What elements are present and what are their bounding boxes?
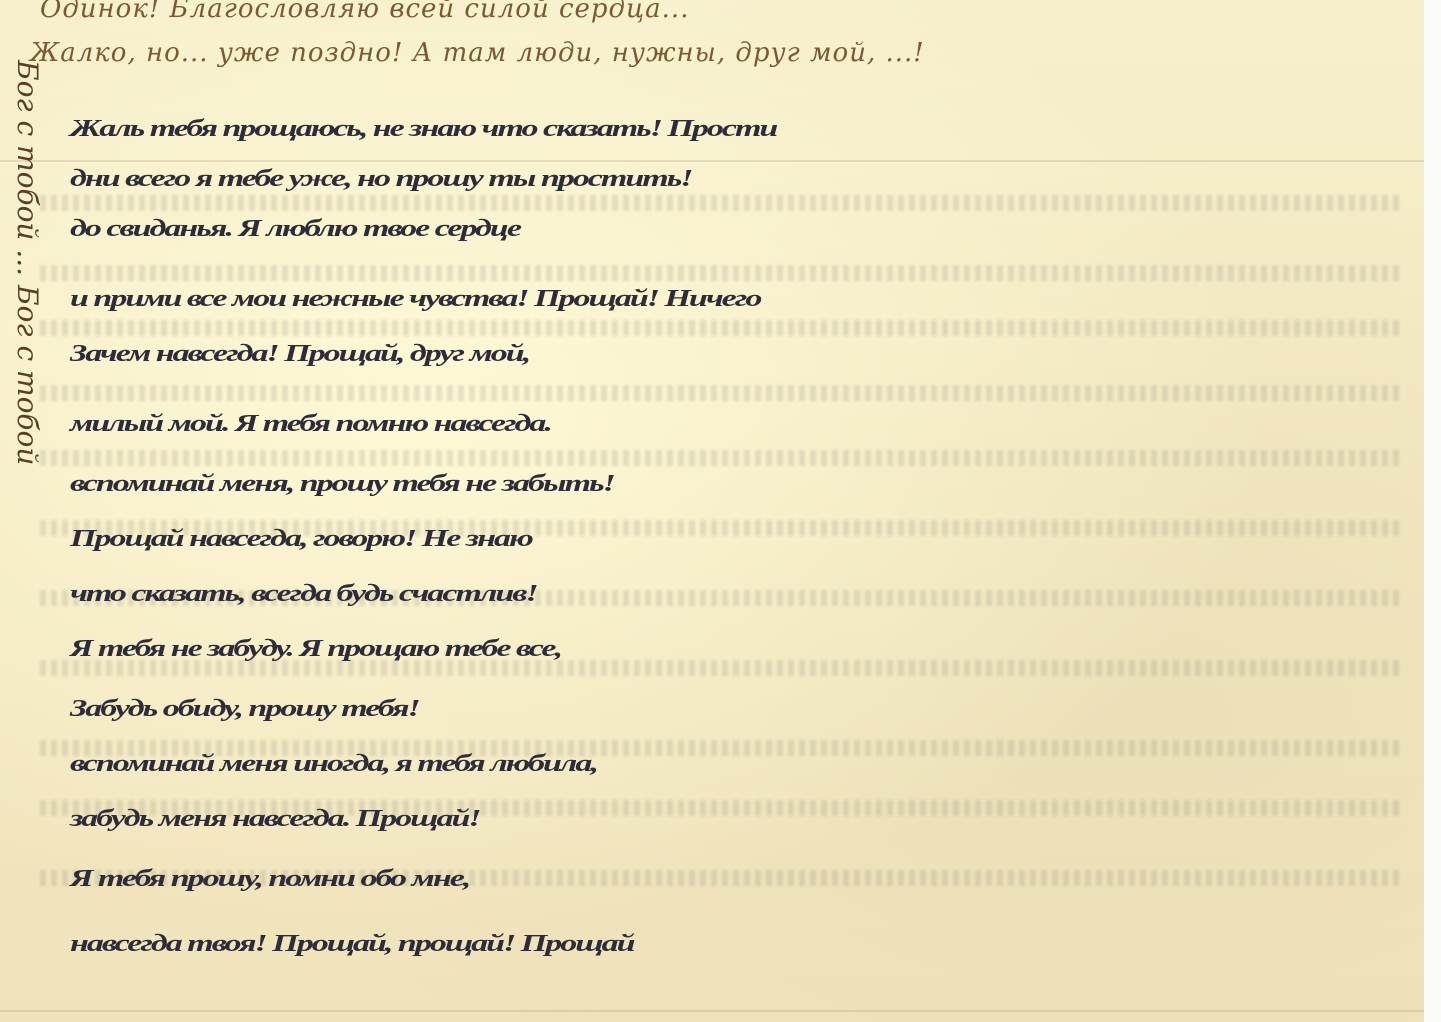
letter-line: и прими все мои нежные чувства! Прощай! … <box>70 286 760 313</box>
letter-line: Зачем навсегда! Прощай, друг мой, <box>70 341 529 368</box>
letter-line-brown: Жалко, но... уже поздно! А там люди, нуж… <box>30 38 925 68</box>
letter-line: до свиданья. Я люблю твое сердце <box>70 216 520 243</box>
letter-line: вспоминай меня иногда, я тебя любила, <box>70 751 597 778</box>
cross-writing-bleed <box>40 385 1404 401</box>
letter-line: что сказать, всегда будь счастлив! <box>70 581 537 608</box>
letter-line: навсегда твоя! Прощай, прощай! Прощай <box>70 931 633 958</box>
letter-line: дни всего я тебе уже, но прошу ты прости… <box>70 166 691 193</box>
cross-writing-bleed <box>40 320 1404 336</box>
scan-edge <box>1424 0 1441 1022</box>
letter-line-brown: Одинок! Благословляю всей силой сердца..… <box>40 0 689 24</box>
cross-writing-bleed <box>40 450 1404 466</box>
margin-vertical-text: Бог с тобой ... Бог с тобой <box>6 60 46 1020</box>
letter-line: милый мой. Я тебя помню навсегда. <box>70 411 551 438</box>
letter-line: Прощай навсегда, говорю! Не знаю <box>70 526 532 553</box>
cross-writing-bleed <box>40 660 1404 676</box>
letter-line: забудь меня навсегда. Прощай! <box>70 806 480 833</box>
paper-crease <box>0 1010 1424 1012</box>
cross-writing-bleed <box>40 195 1404 211</box>
margin-text: Бог с тобой ... Бог с тобой <box>11 60 44 465</box>
cross-writing-bleed <box>40 265 1404 281</box>
letter-line: Я тебя не забуду. Я прощаю тебе все, <box>70 636 561 663</box>
paper-crease <box>0 160 1424 162</box>
letter-line: вспоминай меня, прошу тебя не забыть! <box>70 471 614 498</box>
letter-line: Я тебя прошу, помни обо мне, <box>70 866 469 893</box>
letter-page: Одинок! Благословляю всей силой сердца..… <box>0 0 1424 1022</box>
letter-line: Жаль тебя прощаюсь, не знаю что сказать!… <box>70 116 776 143</box>
letter-line: Забудь обиду, прошу тебя! <box>70 696 419 723</box>
